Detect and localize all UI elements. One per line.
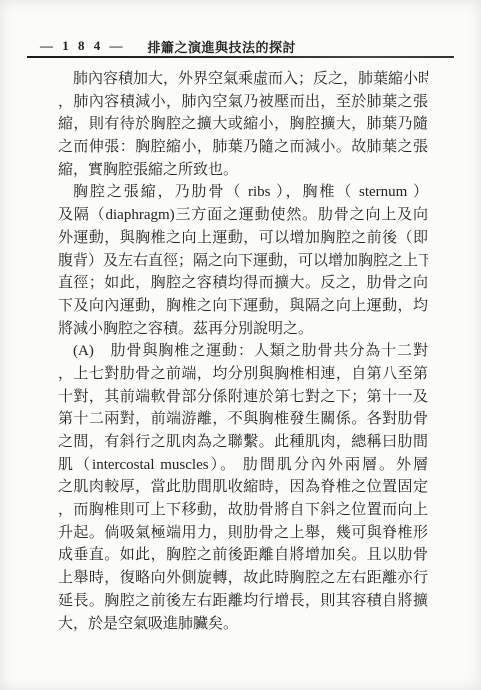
page-header: — 1 8 4 — 排簫之演進與技法的探討: [40, 37, 451, 55]
header-divider: [27, 56, 454, 58]
text-line: 及隔（diaphragm)三方面之運動使然。肋骨之向上及向: [58, 204, 428, 227]
text-line: 上舉時，復略向外側旋轉，故此時胸腔之左右距離亦行: [58, 567, 428, 590]
text-line: 第十二兩對，前端游離，不與胸椎發生關係。各對肋骨: [58, 408, 428, 431]
text-line: 縮，實胸腔張縮之所致也。: [58, 159, 428, 182]
text-line: 直徑；如此，胸腔之容積均得而擴大。反之，肋骨之向: [58, 272, 428, 295]
text-line: 之而伸張：胸腔縮小，肺葉乃隨之而減小。故肺葉之張: [58, 136, 428, 159]
page-number: — 1 8 4 —: [40, 38, 126, 54]
text-line: ，肺內容積減小，肺內空氣乃被壓而出，至於肺葉之張: [58, 91, 428, 114]
text-line: 腹背）及左右直徑；隔之向下運動，可以增加胸腔之上下: [58, 250, 428, 273]
text-line: 十對，其前端軟骨部分係附連於第七對之下；第十一及: [58, 386, 428, 409]
text-line: 外運動，與胸椎之向上運動，可以增加胸腔之前後（即: [58, 227, 428, 250]
text-line: 大，於是空氣吸進肺臟矣。: [58, 613, 428, 636]
text-line: 延長。胸腔之前後左右距離均行增長，則其容積自將擴: [58, 590, 428, 613]
text-line: 胸腔之張縮，乃肋骨（ ribs ），胸椎（ sternum ）: [58, 181, 428, 204]
text-line: 成垂直。如此，胸腔之前後距離自將增加矣。且以肋骨: [58, 544, 428, 567]
text-line: 之間，有斜行之肌肉為之聯繫。此種肌肉，總稱曰肋間: [58, 431, 428, 454]
text-line: 之肌肉較厚，當此肋間肌收縮時，因為脊椎之位置固定: [58, 476, 428, 499]
text-line: 升起。倘吸氣極端用力，則肋骨之上舉，幾可與脊椎形: [58, 522, 428, 545]
text-line: 肺內容積加大，外界空氣乘虛而入；反之，肺葉縮小時: [58, 68, 428, 91]
text-line: 將減小胸腔之容積。茲再分別說明之。: [58, 318, 428, 341]
paragraph: (A) 肋骨與胸椎之運動：人類之肋骨共分為十二對 ，上七對肋骨之前端，均分別與胸…: [58, 340, 428, 635]
body-text: 肺內容積加大，外界空氣乘虛而入；反之，肺葉縮小時 ，肺內容積減小，肺內空氣乃被壓…: [58, 68, 428, 635]
text-line: 縮，則有待於胸腔之擴大或縮小，胸腔擴大，肺葉乃隨: [58, 113, 428, 136]
text-line: (A) 肋骨與胸椎之運動：人類之肋骨共分為十二對: [58, 340, 428, 363]
scanned-book-page: — 1 8 4 — 排簫之演進與技法的探討 肺內容積加大，外界空氣乘虛而入；反之…: [0, 0, 481, 690]
text-line: ，而胸椎則可上下移動，故肋骨將自下斜之位置而向上: [58, 499, 428, 522]
paragraph: 胸腔之張縮，乃肋骨（ ribs ），胸椎（ sternum ） 及隔（diaph…: [58, 181, 428, 340]
text-line: 下及向內運動，胸椎之向下運動，與隔之向上運動，均: [58, 295, 428, 318]
running-title: 排簫之演進與技法的探討: [148, 37, 297, 56]
text-line: 肌（intercostal muscles）。 肋間肌分內外兩層。外層: [58, 454, 428, 477]
paragraph: 肺內容積加大，外界空氣乘虛而入；反之，肺葉縮小時 ，肺內容積減小，肺內空氣乃被壓…: [58, 68, 428, 181]
text-line: ，上七對肋骨之前端，均分別與胸椎相連，自第八至第: [58, 363, 428, 386]
